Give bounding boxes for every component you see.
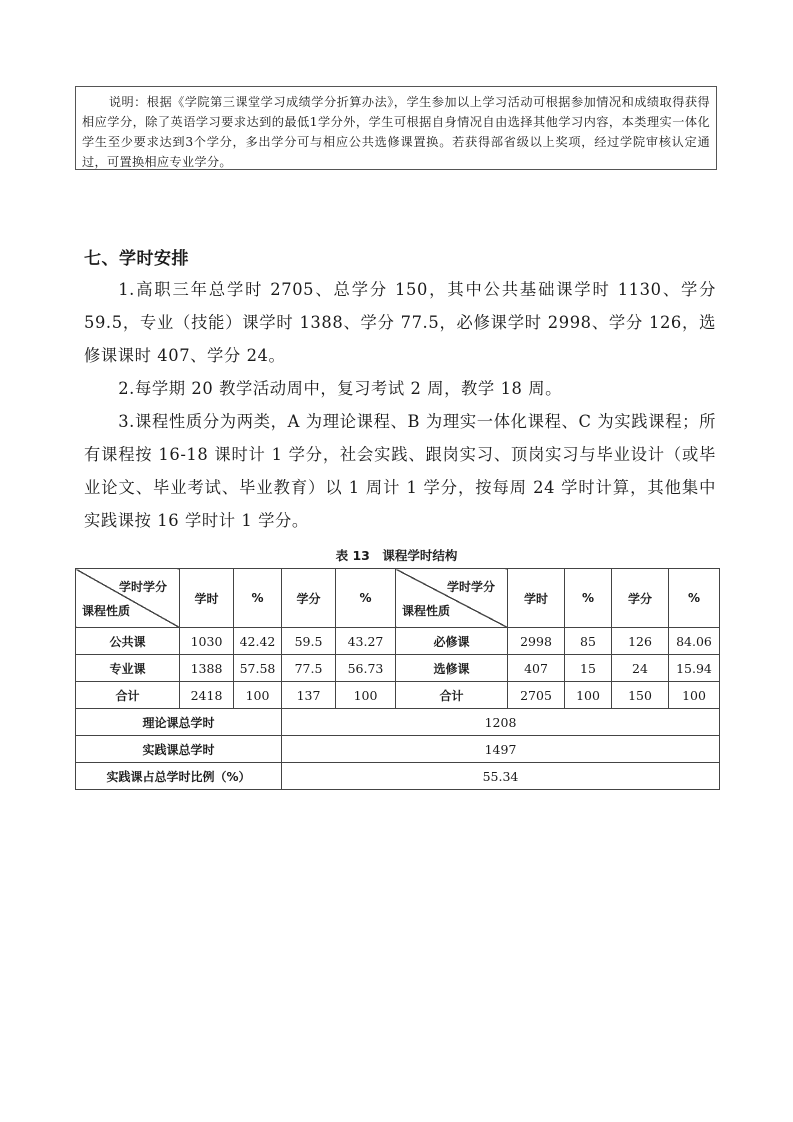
table-row-total: 合计 2418 100 137 100 合计 2705 100 150 100 [76,682,720,709]
header-credits: 学分 [282,569,336,628]
table-row: 公共课 1030 42.42 59.5 43.27 必修课 2998 85 12… [76,628,720,655]
paragraph-2: 2.每学期 20 教学活动周中，复习考试 2 周，教学 18 周。 [84,372,716,405]
table-header-row: 学时学分 课程性质 学时 % 学分 % 学时学分 课程性质 学时 % 学分 % [76,569,720,628]
header-credits-pct: % [669,569,720,628]
header-credits-pct: % [336,569,396,628]
paragraph-3: 3.课程性质分为两类，A 为理论课程、B 为理实一体化课程、C 为实践课程；所有… [84,405,716,537]
header-hours-pct: % [234,569,282,628]
diagonal-header-left: 学时学分 课程性质 [76,569,180,628]
header-hours-pct: % [565,569,612,628]
diagonal-header-right: 学时学分 课程性质 [396,569,508,628]
header-hours: 学时 [508,569,565,628]
note-box: 说明：根据《学院第三课堂学习成绩学分折算办法》，学生参加以上学习活动可根据参加情… [75,86,717,170]
course-hours-table: 学时学分 课程性质 学时 % 学分 % 学时学分 课程性质 学时 % 学分 % … [75,568,720,790]
section-title: 七、学时安排 [84,244,189,269]
summary-row-theory-hours: 理论课总学时 1208 [76,709,720,736]
note-text: 说明：根据《学院第三课堂学习成绩学分折算办法》，学生参加以上学习活动可根据参加情… [82,92,710,172]
header-credits: 学分 [612,569,669,628]
paragraph-1: 1.高职三年总学时 2705、总学分 150，其中公共基础课学时 1130、学分… [84,273,716,372]
table-row: 专业课 1388 57.58 77.5 56.73 选修课 407 15 24 … [76,655,720,682]
summary-row-practice-ratio: 实践课占总学时比例（%） 55.34 [76,763,720,790]
summary-row-practice-hours: 实践课总学时 1497 [76,736,720,763]
table-caption: 表 13 课程学时结构 [0,546,793,564]
header-hours: 学时 [180,569,234,628]
